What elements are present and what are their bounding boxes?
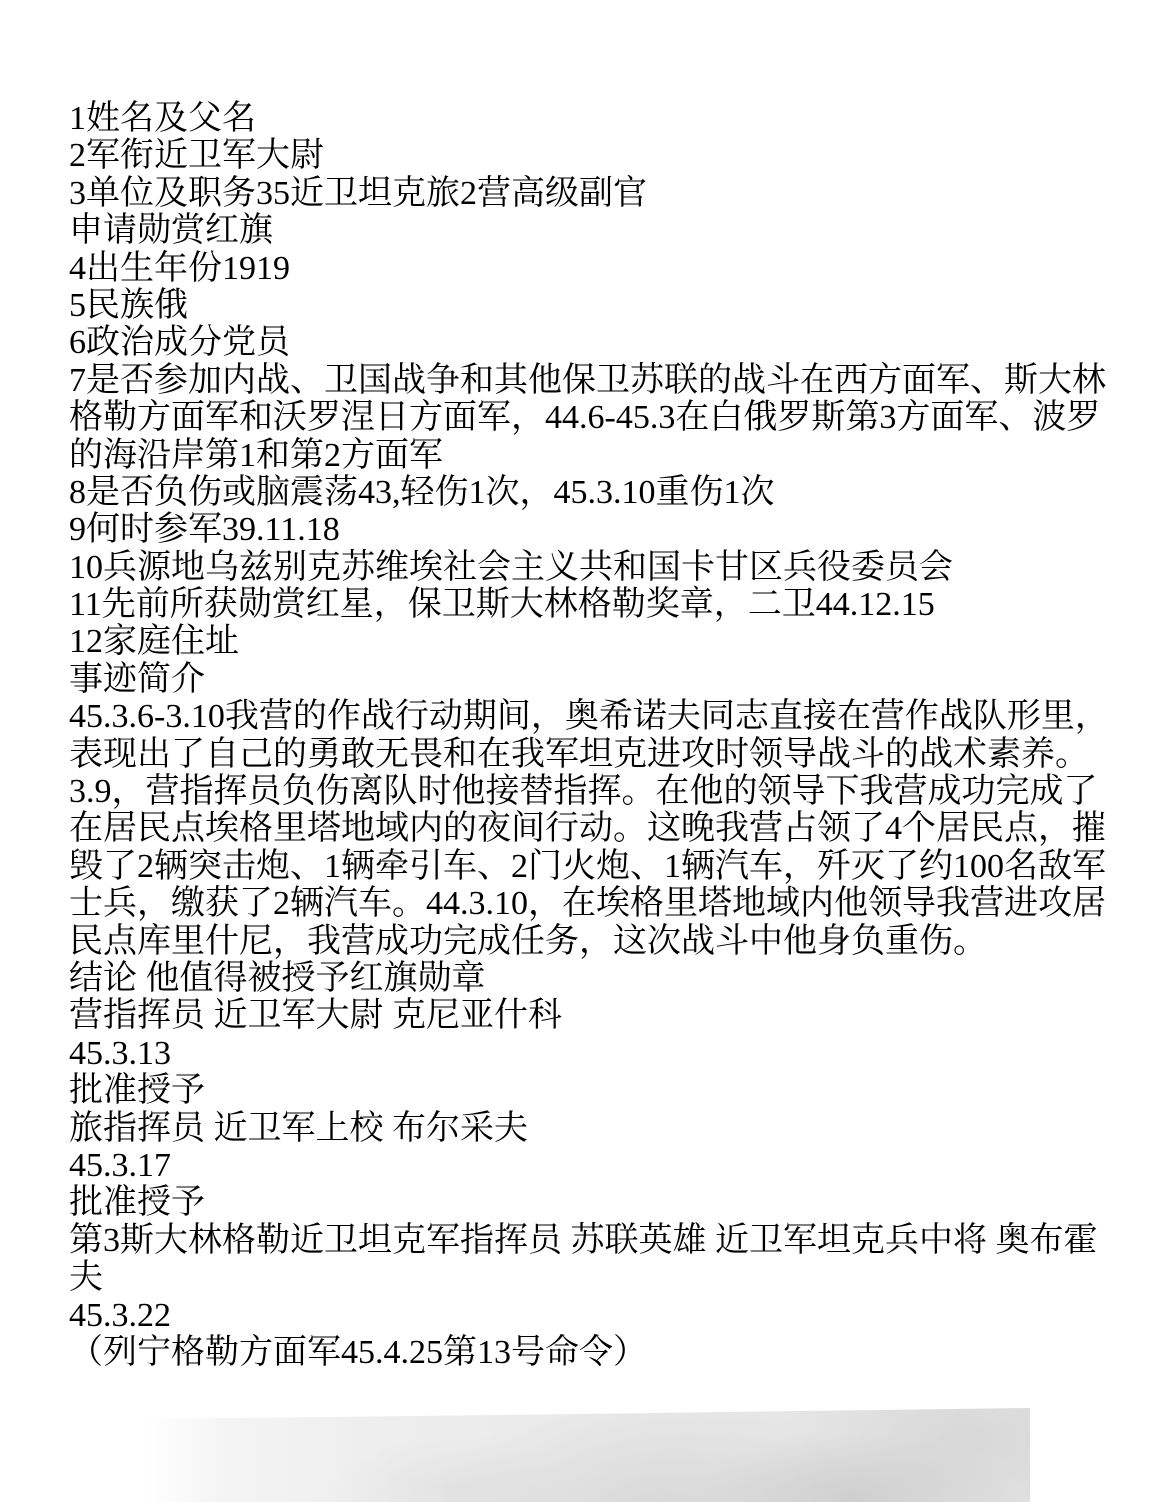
text-line: 7是否参加内战、卫国战争和其他保卫苏联的战斗在西方面军、斯大林 bbox=[69, 362, 1129, 399]
text-line: 5民族俄 bbox=[69, 287, 1129, 324]
text-line: 事迹简介 bbox=[69, 661, 1129, 698]
text-line: 6政治成分党员 bbox=[69, 324, 1129, 361]
text-line: 2军衔近卫军大尉 bbox=[69, 137, 1129, 174]
text-line: 3单位及职务35近卫坦克旅2营高级副官 bbox=[69, 175, 1129, 212]
text-line: 民点库里什尼，我营成功完成任务，这次战斗中他身负重伤。 bbox=[69, 923, 1129, 960]
text-line: 12家庭住址 bbox=[69, 623, 1129, 660]
text-line: 旅指挥员 近卫军上校 布尔采夫 bbox=[69, 1110, 1129, 1147]
text-line: 8是否负伤或脑震荡43,轻伤1次，45.3.10重伤1次 bbox=[69, 474, 1129, 511]
text-line: 的海沿岸第1和第2方面军 bbox=[69, 437, 1129, 474]
text-line: 11先前所获勋赏红星，保卫斯大林格勒奖章，二卫44.12.15 bbox=[69, 586, 1129, 623]
text-line: 45.3.17 bbox=[69, 1147, 1129, 1184]
text-line: 士兵，缴获了2辆汽车。44.3.10，在埃格里塔地域内他领导我营进攻居 bbox=[69, 885, 1129, 922]
text-line: 营指挥员 近卫军大尉 克尼亚什科 bbox=[69, 997, 1129, 1034]
text-line: 10兵源地乌兹别克苏维埃社会主义共和国卡甘区兵役委员会 bbox=[69, 549, 1129, 586]
document-page: 1姓名及父名2军衔近卫军大尉3单位及职务35近卫坦克旅2营高级副官申请勋赏红旗4… bbox=[0, 0, 1151, 1502]
text-line: 45.3.13 bbox=[69, 1035, 1129, 1072]
text-line: 申请勋赏红旗 bbox=[69, 212, 1129, 249]
text-line: 表现出了自己的勇敢无畏和在我军坦克进攻时领导战斗的战术素养。 bbox=[69, 736, 1129, 773]
text-line: 3.9，营指挥员负伤离队时他接替指挥。在他的领导下我营成功完成了 bbox=[69, 773, 1129, 810]
text-line: 1姓名及父名 bbox=[69, 100, 1129, 137]
text-line: 第3斯大林格勒近卫坦克军指挥员 苏联英雄 近卫军坦克兵中将 奥布霍 bbox=[69, 1222, 1129, 1259]
text-line: 批准授予 bbox=[69, 1072, 1129, 1109]
text-line: 9何时参军39.11.18 bbox=[69, 511, 1129, 548]
text-line: 毁了2辆突击炮、1辆牵引车、2门火炮、1辆汽车，歼灭了约100名敌军 bbox=[69, 848, 1129, 885]
text-line: 4出生年份1919 bbox=[69, 250, 1129, 287]
text-line: 夫 bbox=[69, 1259, 1129, 1296]
text-line: 批准授予 bbox=[69, 1184, 1129, 1221]
text-line: 45.3.22 bbox=[69, 1297, 1129, 1334]
text-line: （列宁格勒方面军45.4.25第13号命令） bbox=[69, 1334, 1129, 1371]
text-line: 格勒方面军和沃罗涅日方面军，44.6-45.3在白俄罗斯第3方面军、波罗 bbox=[69, 399, 1129, 436]
text-line: 结论 他值得被授予红旗勋章 bbox=[69, 960, 1129, 997]
text-line: 在居民点埃格里塔地域内的夜间行动。这晚我营占领了4个居民点，摧 bbox=[69, 810, 1129, 847]
scanned-photo-strip bbox=[145, 1407, 1030, 1502]
award-citation-text: 1姓名及父名2军衔近卫军大尉3单位及职务35近卫坦克旅2营高级副官申请勋赏红旗4… bbox=[69, 100, 1129, 1371]
text-line: 45.3.6-3.10我营的作战行动期间，奥希诺夫同志直接在营作战队形里， bbox=[69, 698, 1129, 735]
